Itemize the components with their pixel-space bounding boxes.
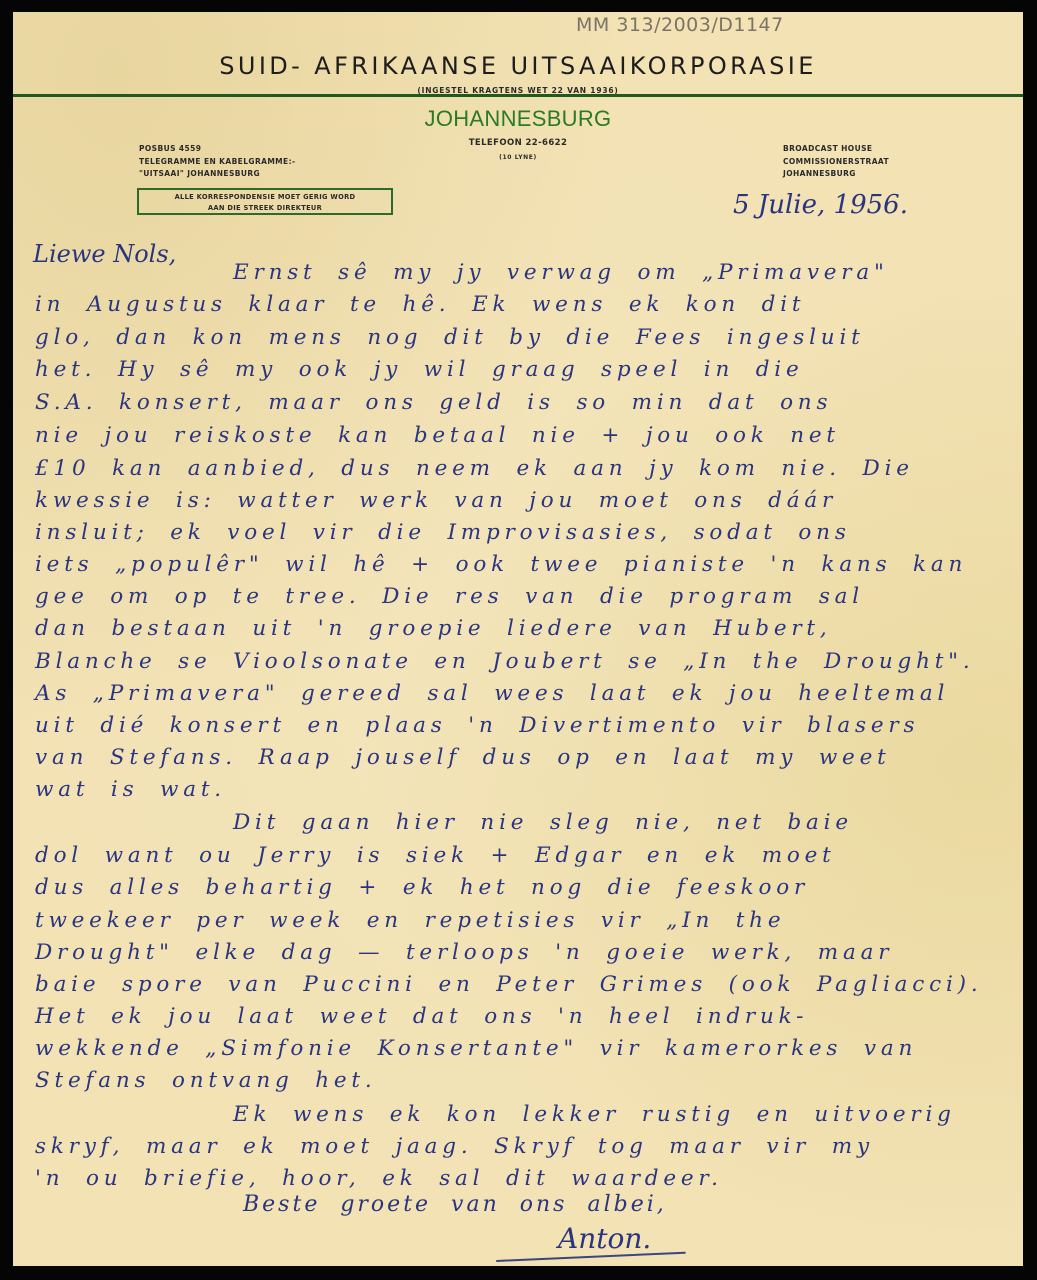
closing: Beste groete van ons albei, [243,1192,667,1217]
letterhead-city: JOHANNESBURG [13,106,1023,132]
organization-name: SUID- AFRIKAANSE UITSAAIKORPORASIE [13,52,1023,80]
address-right-line: BROADCAST HOUSE [783,143,889,156]
body-line: Ek wens ek kon lekker rustig en uitvoeri… [233,1102,956,1127]
correspondence-notice: ALLE KORRESPONDENSIE MOET GERIG WORD AAN… [137,188,393,215]
salutation: Liewe Nols, [33,240,176,268]
letter-page: MM 313/2003/D1147 SUID- AFRIKAANSE UITSA… [13,12,1023,1266]
notice-line: AAN DIE STREEK DIREKTEUR [139,203,391,214]
body-line: As „Primavera" gereed sal wees laat ek j… [35,681,949,706]
body-line: dol want ou Jerry is siek + Edgar en ek … [35,843,836,868]
body-line: Drought" elke dag — terloops 'n goeie we… [35,940,893,965]
address-right: BROADCAST HOUSE COMMISSIONERSTRAAT JOHAN… [783,143,889,181]
body-line: Dit gaan hier nie sleg nie, net baie [233,810,853,835]
body-line: wekkende „Simfonie Konsertante" vir kame… [35,1036,917,1061]
body-line: £10 kan aanbied, dus neem ek aan jy kom … [35,456,914,481]
address-left-line: POSBUS 4559 [139,143,295,156]
notice-line: ALLE KORRESPONDENSIE MOET GERIG WORD [139,192,391,203]
body-line: 'n ou briefie, hoor, ek sal dit waardeer… [35,1166,723,1191]
body-line: Het ek jou laat weet dat ons 'n heel ind… [35,1004,808,1029]
body-line: baie spore van Puccini en Peter Grimes (… [35,972,982,997]
body-line: S.A. konsert, maar ons geld is so min da… [35,390,832,415]
body-line: dan bestaan uit 'n groepie liedere van H… [35,616,832,641]
address-left-line: TELEGRAMME EN KABELGRAMME:- [139,156,295,169]
body-line: skryf, maar ek moet jaag. Skryf tog maar… [35,1134,874,1159]
body-line: wat is wat. [35,777,226,802]
letter-date: 5 Julie, 1956. [733,190,908,220]
body-line: Stefans ontvang het. [35,1068,376,1093]
body-line: in Augustus klaar te hê. Ek wens ek kon … [35,292,805,317]
address-right-line: JOHANNESBURG [783,168,889,181]
body-line: dus alles behartig + ek het nog die fees… [35,875,809,900]
body-line: iets „populêr" wil hê + ook twee pianist… [35,552,967,577]
body-line: gee om op te tree. Die res van die progr… [35,584,864,609]
body-line: Blanche se Vioolsonate en Joubert se „In… [35,649,975,674]
address-left-line: "UITSAAI" JOHANNESBURG [139,168,295,181]
address-right-line: COMMISSIONERSTRAAT [783,156,889,169]
body-line: kwessie is: watter werk van jou moet ons… [35,488,837,513]
signature: Anton. [558,1222,651,1255]
letterhead-rule [13,94,1023,97]
body-line: nie jou reiskoste kan betaal nie + jou o… [35,423,840,448]
body-line: glo, dan kon mens nog dit by die Fees in… [35,325,865,350]
body-line: uit dié konsert en plaas 'n Divertimento… [35,713,919,738]
body-line: tweekeer per week en repetisies vir „In … [35,908,785,933]
archive-reference: MM 313/2003/D1147 [576,14,784,36]
body-line: Ernst sê my jy verwag om „Primavera" [233,260,889,285]
body-line: insluit; ek voel vir die Improvisasies, … [35,520,851,545]
body-line: het. Hy sê my ook jy wil graag speel in … [35,357,804,382]
body-line: van Stefans. Raap jouself dus op en laat… [35,745,891,770]
address-left: POSBUS 4559 TELEGRAMME EN KABELGRAMME:- … [139,143,295,181]
